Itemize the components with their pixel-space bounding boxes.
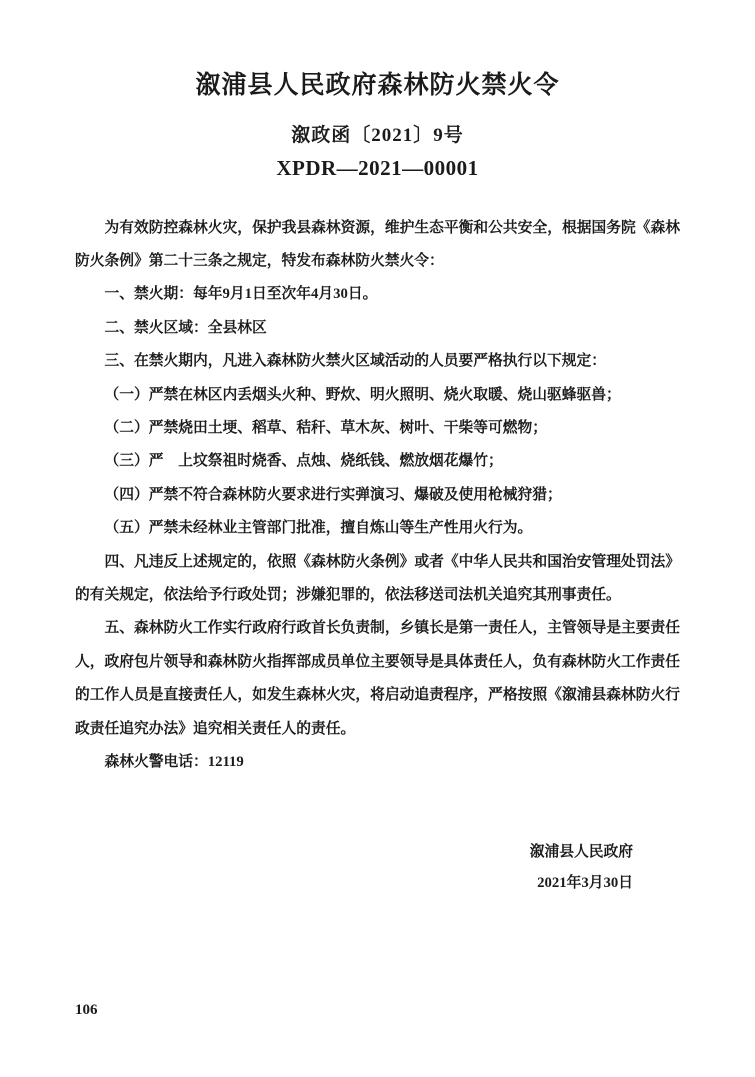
body-paragraph-item3-sub1: （一）严禁在林区内丢烟头火种、野炊、明火照明、烧火取暖、烧山驱蜂驱兽；: [75, 379, 680, 412]
body-paragraph-intro: 为有效防控森林火灾，保护我县森林资源，维护生态平衡和公共安全，根据国务院《森林防…: [75, 212, 680, 279]
body-paragraph-item4: 四、凡违反上述规定的，依照《森林防火条例》或者《中华人民共和国治安管理处罚法》的…: [75, 546, 680, 613]
body-paragraph-hotline: 森林火警电话：12119: [75, 746, 680, 779]
page-number: 106: [75, 1001, 98, 1019]
doc-body: 为有效防控森林火灾，保护我县森林资源，维护生态平衡和公共安全，根据国务院《森林防…: [0, 212, 755, 780]
body-paragraph-item3-sub2: （二）严禁烧田土埂、稻草、秸秆、草木灰、树叶、干柴等可燃物；: [75, 412, 680, 445]
body-paragraph-item3-sub3: （三）严 上坟祭祖时烧香、点烛、烧纸钱、燃放烟花爆竹；: [75, 445, 680, 478]
body-paragraph-item3-sub4: （四）严禁不符合森林防火要求进行实弹演习、爆破及使用枪械狩猎；: [75, 479, 680, 512]
body-paragraph-item3: 三、在禁火期内，凡进入森林防火禁火区域活动的人员要严格执行以下规定：: [75, 345, 680, 378]
body-paragraph-item5: 五、森林防火工作实行政府行政首长负责制，乡镇长是第一责任人，主管领导是主要责任人…: [75, 612, 680, 746]
doc-code: XPDR—2021—00001: [0, 158, 755, 179]
doc-number: 溆政函〔2021〕9号: [0, 126, 755, 145]
body-paragraph-item3-sub5: （五）严禁未经林业主管部门批准，擅自炼山等生产性用火行为。: [75, 512, 680, 545]
signature-date: 2021年3月30日: [0, 868, 633, 899]
body-paragraph-item1: 一、禁火期：每年9月1日至次年4月30日。: [75, 278, 680, 311]
document-page: 溆浦县人民政府森林防火禁火令 溆政函〔2021〕9号 XPDR—2021—000…: [0, 0, 755, 1077]
doc-title: 溆浦县人民政府森林防火禁火令: [0, 0, 755, 100]
signature-block: 溆浦县人民政府 2021年3月30日: [0, 837, 755, 899]
signature-issuer: 溆浦县人民政府: [0, 837, 633, 868]
body-paragraph-item2: 二、禁火区域：全县林区: [75, 312, 680, 345]
